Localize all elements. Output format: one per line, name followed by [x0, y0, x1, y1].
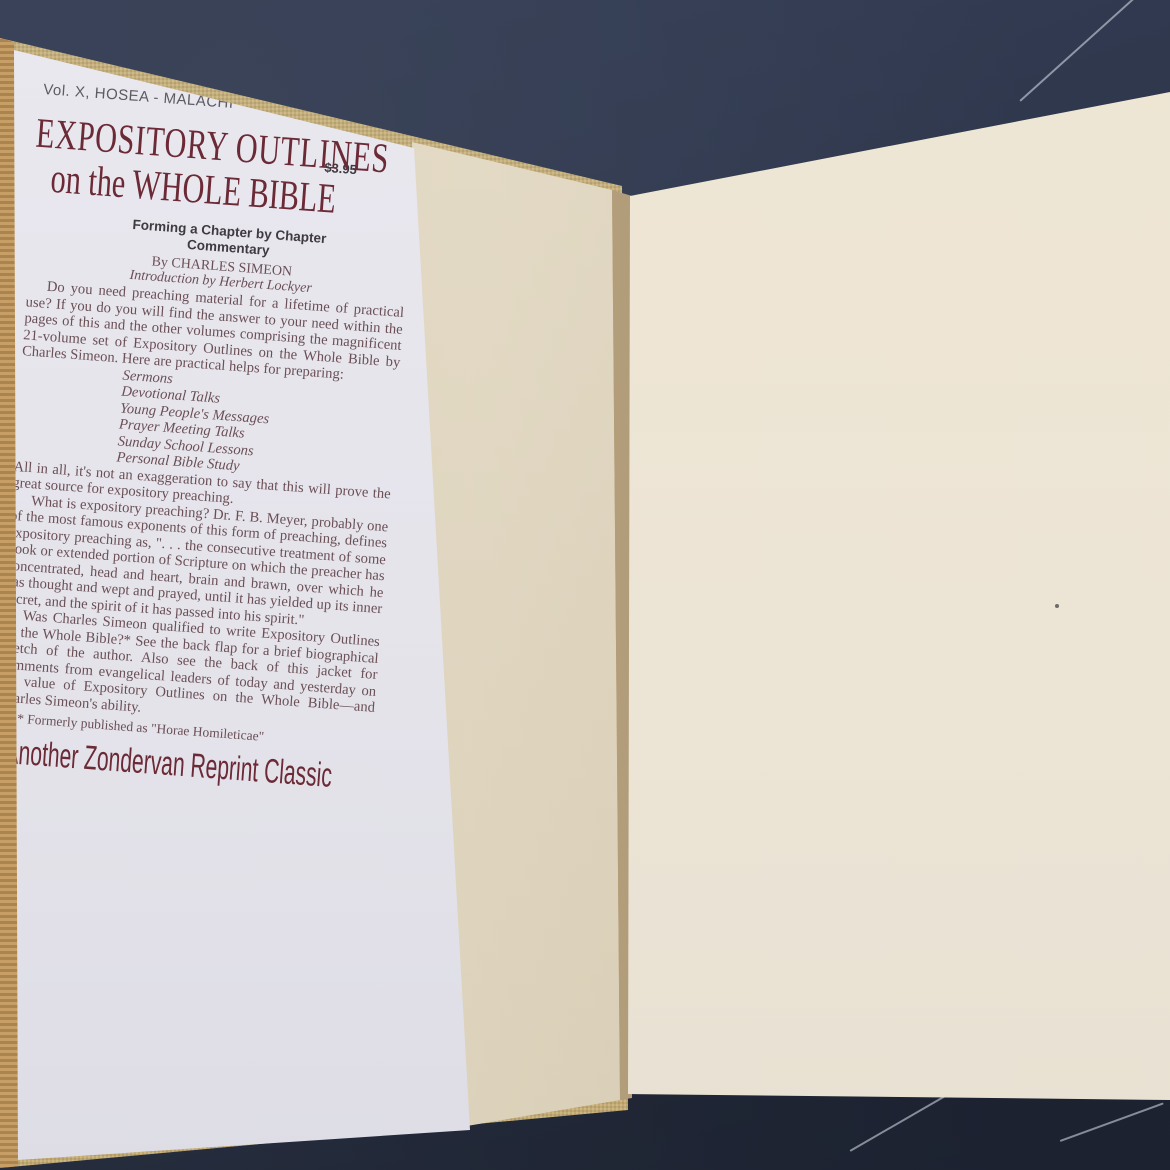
publisher-tagline: Another Zondervan Reprint Classic: [3, 733, 232, 789]
paper-speck: [1055, 604, 1059, 608]
helps-list: Sermons Devotional Talks Young People's …: [116, 367, 399, 486]
flap-body-text: Do you need preaching material for a lif…: [0, 276, 405, 753]
flap-text-block: Vol. X, HOSEA - MALACHI $3.95 EXPOSITORY…: [0, 80, 419, 798]
